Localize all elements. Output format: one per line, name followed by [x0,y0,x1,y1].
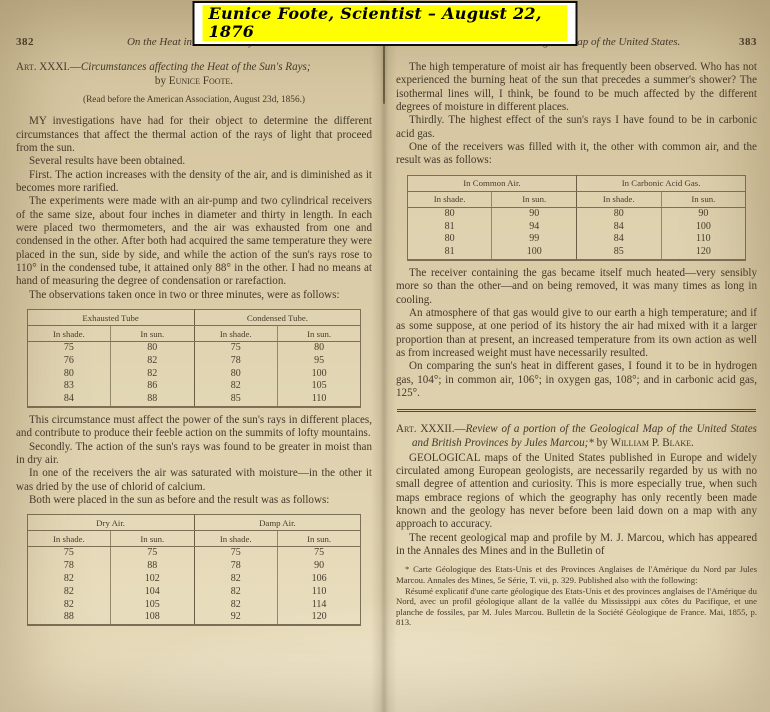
paragraph: Secondly. The action of the sun's rays w… [16,441,372,468]
read-before-note: (Read before the American Association, A… [16,95,372,106]
table-row: 80908090 [407,207,745,220]
table-row: 819484100 [407,221,745,234]
table-cell: 85 [576,246,661,260]
table-column-header: In shade. [407,191,492,207]
table-row: 78887890 [27,560,361,573]
table-cell: 88 [111,560,194,573]
table-cell: 80 [27,368,110,381]
table-cell: 90 [492,207,577,220]
table-cell: 82 [194,586,277,599]
table-cell: 80 [277,342,360,355]
table-group-header: Condensed Tube. [194,310,361,326]
table-cell: 80 [111,342,194,355]
paragraph: An atmosphere of that gas would give to … [396,307,757,360]
table-column-header: In sun. [277,326,360,342]
table-cell: 82 [27,573,110,586]
paragraph: The experiments were made with an air-pu… [16,195,372,288]
table-cell: 90 [661,207,746,220]
table-row: 75757575 [27,547,361,560]
dry-damp-air-table: Dry Air.Damp Air.In shade.In sun.In shad… [27,514,362,626]
table-cell: 106 [277,573,360,586]
left-page-number: 382 [16,36,58,48]
table-cell: 78 [27,560,110,573]
table-cell: 82 [27,586,110,599]
caption-banner-text: Eunice Foote, Scientist – August 22, 187… [203,5,568,41]
paragraph: This circumstance must affect the power … [16,414,372,441]
table-cell: 108 [111,611,194,625]
table-column-header: In shade. [194,531,277,547]
table-column-header: In sun. [661,191,746,207]
paragraph: Both were placed in the sun as before an… [16,494,372,507]
table-column-header: In sun. [492,191,577,207]
table-cell: 100 [661,221,746,234]
table-column-header: In sun. [111,326,194,342]
scanned-journal-spread: Eunice Foote, Scientist – August 22, 187… [0,0,770,712]
paragraph: Several results have been obtained. [16,155,372,168]
table-row: 808280100 [27,368,361,381]
table-cell: 92 [194,611,277,625]
table-cell: 82 [194,573,277,586]
table-group-header: Dry Air. [27,515,194,531]
table-cell: 82 [194,599,277,612]
table-cell: 82 [27,599,110,612]
table-cell: 85 [194,393,277,407]
table-cell: 81 [407,221,492,234]
table-cell: 84 [27,393,110,407]
table-cell: 75 [27,342,110,355]
table-cell: 90 [277,560,360,573]
table-cell: 78 [194,560,277,573]
table-cell: 75 [111,547,194,560]
table-cell: 105 [277,380,360,393]
table-cell: 114 [277,599,360,612]
paragraph: The observations taken once in two or th… [16,289,372,302]
caption-banner: Eunice Foote, Scientist – August 22, 187… [193,1,578,46]
byline-prefix: by [155,75,169,87]
table-column-header: In shade. [27,531,110,547]
byline-prefix: by [594,437,611,449]
table-cell: 99 [492,233,577,246]
paragraph: First. The action increases with the den… [16,169,372,196]
table-row: 76827895 [27,355,361,368]
table-row: 8210482110 [27,586,361,599]
table-cell: 104 [111,586,194,599]
table-cell: 75 [194,342,277,355]
table-cell: 80 [407,207,492,220]
table-cell: 82 [111,355,194,368]
table-row: 848885110 [27,393,361,407]
table-group-header: Exhausted Tube [27,310,194,326]
table-cell: 82 [111,368,194,381]
table-row: 8810892120 [27,611,361,625]
table-column-header: In shade. [576,191,661,207]
table-cell: 81 [407,246,492,260]
left-page: 382 On the Heat in the Sun's Rays. Art. … [0,28,383,712]
table-cell: 82 [194,380,277,393]
table-row: 8210582114 [27,599,361,612]
table-group-header: In Common Air. [407,175,576,191]
table-cell: 110 [277,393,360,407]
table-row: 8110085120 [407,246,745,260]
table-row: 8210282106 [27,573,361,586]
table-cell: 84 [576,221,661,234]
table-cell: 100 [492,246,577,260]
paragraph: One of the receivers was filled with it,… [396,141,757,168]
table-cell: 120 [661,246,746,260]
table-row: 838682105 [27,380,361,393]
table-cell: 80 [576,207,661,220]
table-group-header: In Carbonic Acid Gas. [576,175,745,191]
table-cell: 105 [111,599,194,612]
article-xxxi-label: Art. XXXI.— [16,61,81,73]
table-cell: 94 [492,221,577,234]
table-cell: 80 [194,368,277,381]
author-name: William P. Blake. [611,437,694,449]
table-cell: 100 [277,368,360,381]
common-air-carbonic-gas-table: In Common Air.In Carbonic Acid Gas.In sh… [407,175,746,261]
footnote-block: * Carte Géologique des Etats-Unis et des… [396,564,757,628]
article-xxxi-title: Circumstances affecting the Heat of the … [81,61,311,73]
table-cell: 88 [111,393,194,407]
table-cell: 86 [111,380,194,393]
table-cell: 102 [111,573,194,586]
table-cell: 83 [27,380,110,393]
paragraph: MY investigations have had for their obj… [16,115,372,155]
table-cell: 95 [277,355,360,368]
article-divider-rule [397,409,756,412]
article-xxxii-label: Art. XXXII.— [396,423,466,435]
table-row: 809984110 [407,233,745,246]
right-page-number: 383 [715,36,757,48]
table-column-header: In shade. [194,326,277,342]
table-column-header: In sun. [111,531,194,547]
table-cell: 80 [407,233,492,246]
table-cell: 75 [27,547,110,560]
table-cell: 110 [661,233,746,246]
exhausted-condensed-tube-table: Exhausted TubeCondensed Tube.In shade.In… [27,309,362,408]
paragraph: The recent geological map and profile by… [396,532,757,559]
table-cell: 75 [277,547,360,560]
table-cell: 88 [27,611,110,625]
table-cell: 120 [277,611,360,625]
article-xxxii-heading: Art. XXXII.—Review of a portion of the G… [396,423,757,450]
table-cell: 110 [277,586,360,599]
table-cell: 76 [27,355,110,368]
article-xxxi-heading: Art. XXXI.—Circumstances affecting the H… [16,61,372,75]
paragraph: GEOLOGICAL maps of the United States pub… [396,452,757,532]
table-group-header: Damp Air. [194,515,361,531]
table-row: 75807580 [27,342,361,355]
table-column-header: In sun. [277,531,360,547]
author-name: Eunice Foote. [169,75,233,87]
table-cell: 78 [194,355,277,368]
paragraph: Thirdly. The highest effect of the sun's… [396,114,757,141]
footnote-paragraph: * Carte Géologique des Etats-Unis et des… [396,564,757,585]
right-page: Marcou's Geological Map of the United St… [383,28,770,712]
paragraph: On comparing the sun's heat in different… [396,360,757,400]
table-cell: 75 [194,547,277,560]
article-xxxi-byline: by Eunice Foote. [16,75,372,89]
paragraph: In one of the receivers the air was satu… [16,467,372,494]
table-column-header: In shade. [27,326,110,342]
paragraph: The receiver containing the gas became i… [396,267,757,307]
table-cell: 84 [576,233,661,246]
footnote-paragraph: Résumé explicatif d'une carte géologique… [396,586,757,628]
paragraph: The high temperature of moist air has fr… [396,61,757,114]
